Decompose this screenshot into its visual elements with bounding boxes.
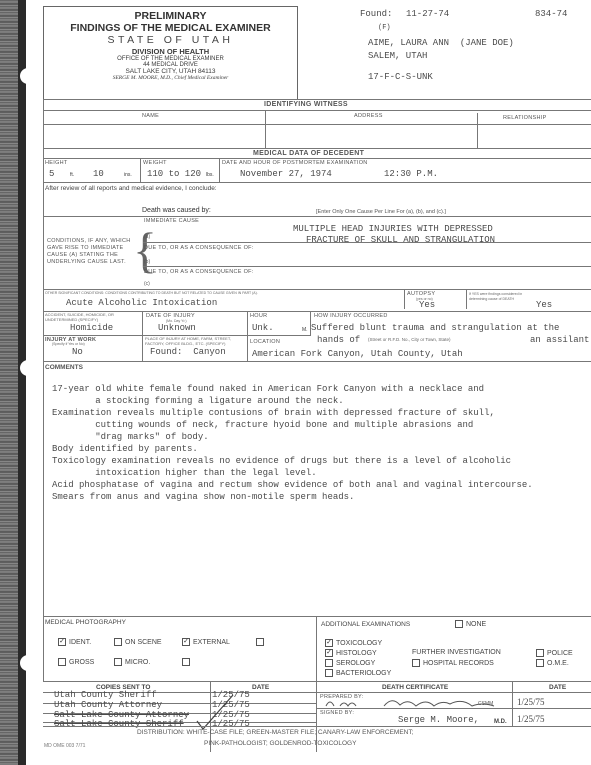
binding-edge [18,0,26,765]
medical-data-title: MEDICAL DATA OF DECEDENT [253,150,364,157]
location-value: American Fork Canyon, Utah County, Utah [252,349,463,359]
document-header: PRELIMINARY FINDINGS OF THE MEDICAL EXAM… [43,6,298,99]
immediate-cause-line1: MULTIPLE HEAD INJURIES WITH DEPRESSED [293,224,493,234]
comment-line: 17-year old white female found naked in … [52,384,484,394]
at-work-sub: (Specify if Yes or No) [52,342,85,346]
medical-photography-label: MEDICAL PHOTOGRAPHY [45,619,126,626]
hour-unit: M. [302,327,308,333]
cause-instruction: [Enter Only One Cause Per Line For (a), … [316,209,446,215]
feet-unit: ft. [70,172,74,178]
death-caused-by-label: Death was caused by: [142,207,211,214]
distribution-line1: DISTRIBUTION: WHITE-CASE FILE; GREEN-MAS… [137,729,413,736]
other-conditions-label: OTHER SIGNIFICANT CONDITIONS: Conditions… [45,291,258,295]
postmortem-time: 12:30 P.M. [384,169,438,179]
photo-external-checkbox[interactable]: ✓EXTERNAL [182,638,230,646]
signed-suffix: M.D. [494,719,507,725]
found-label: Found: [360,9,392,19]
how-injury-label: HOW INJURY OCCURRED [314,313,388,319]
exam-bacteriology-checkbox[interactable]: BACTERIOLOGY [325,669,391,677]
chief-examiner: SERGE M. MOORE, M.D., Chief Medical Exam… [44,75,297,81]
findings-label: If YES were findings considered in deter… [469,292,529,301]
form-number: MD OME 003 7/71 [44,743,85,749]
signed-date: 1/25/75 [517,714,545,724]
due-to-label-c: DUE TO, OR AS A CONSEQUENCE OF: [144,269,254,275]
weight-label: WEIGHT [143,160,167,166]
decedent-code: 17-F-C-S-UNK [368,72,433,82]
photo-gross-checkbox[interactable]: GROSS [58,658,94,666]
hour-label: HOUR [250,313,267,319]
how-injury-line2b: an assilant [530,335,589,345]
punch-hole [20,655,36,671]
further-investigation-label: FURTHER INVESTIGATION [412,649,501,656]
signed-by-label: SIGNED BY: [320,710,354,716]
copy-recipient: Utah County Sheriff [54,690,157,700]
how-injury-line2a: hands of [317,335,360,345]
comment-line: intoxication higher than the legal level… [52,468,317,478]
prepared-date: 1/25/75 [517,697,545,707]
witness-address-header: ADDRESS [354,113,383,119]
photo-micro-checkbox[interactable]: MICRO. [114,658,150,666]
at-work-value: No [72,347,83,357]
line-b-label: (b) [144,259,150,265]
decedent-name: AIME, LAURA ANN (JANE DOE) [368,38,514,48]
comment-line: cutting wounds of neck, fracture hyoid b… [52,420,473,430]
distribution-line2: PINK-PATHOLOGIST; GOLDENROD-TOXICOLOGY [204,740,356,747]
height-label: HEIGHT [45,160,68,166]
prepared-initials: CSMM [478,701,493,707]
identifying-witness-title: IDENTIFYING WITNESS [264,101,348,108]
comment-line: Body identified by parents. [52,444,198,454]
comment-line: Examination reveals multiple contusions … [52,408,495,418]
line-c-label: (c) [144,281,150,287]
place-value: Found: Canyon [150,347,226,357]
office-city: SALT LAKE CITY, UTAH 84113 [44,68,297,75]
preliminary-label: PRELIMINARY [44,10,297,22]
hospital-records-checkbox[interactable]: HOSPITAL RECORDS [412,659,494,667]
date-of-injury-value: Unknown [158,323,196,333]
other-conditions-value: Acute Alcoholic Intoxication [66,298,217,308]
photo-blank-checkbox[interactable] [256,638,267,646]
ome-checkbox[interactable]: O.M.E. [536,659,569,667]
exam-toxicology-checkbox[interactable]: ✓TOXICOLOGY [325,639,382,647]
case-number: 834-74 [535,9,567,19]
weight-unit: lbs. [206,172,214,178]
manner-value: Homicide [70,323,113,333]
stamp-mark: (F) [378,24,391,32]
postmortem-label: DATE AND HOUR OF POSTMORTEM EXAMINATION [222,160,368,166]
due-to-label-b: DUE TO, OR AS A CONSEQUENCE OF: [144,245,254,251]
how-injury-line1: Suffered blunt trauma and strangulation … [311,323,559,333]
weight-value: 110 to 120 [147,169,201,179]
manner-label: ACCIDENT, SUICIDE, HOMICIDE, OR UNDETERM… [45,313,140,322]
punch-hole [20,360,36,376]
copies-date-header: DATE [252,684,269,691]
autopsy-value: Yes [419,300,435,310]
exam-histology-checkbox[interactable]: ✓HISTOLOGY [325,649,377,657]
punch-hole [20,68,36,84]
comments-label: COMMENTS [45,364,83,371]
decedent-residence: SALEM, UTAH [368,51,427,61]
location-sub: (Street or R.F.D. No., City or Town, Sta… [368,337,450,342]
location-label: LOCATION [250,339,280,345]
witness-name-header: NAME [142,113,159,119]
comment-line: Toxicology examination reveals no eviden… [52,456,511,466]
comment-line: Smears from anus and vagina show non-mot… [52,492,354,502]
height-inches: 10 [93,169,104,179]
copy-recipient: Utah County Attorney [54,700,162,710]
photo-blank2-checkbox[interactable] [182,658,193,666]
hour-value: Unk. [252,323,274,333]
photo-ident-checkbox[interactable]: ✓IDENT. [58,638,91,646]
copy-recipient: Salt Lake County Sheriff [54,719,184,729]
document-title: FINDINGS OF THE MEDICAL EXAMINER [44,22,297,34]
comment-line: "drag marks" of body. [52,432,209,442]
witness-relationship-header: RELATIONSHIP [503,115,547,121]
findings-value: Yes [536,300,552,310]
height-feet: 5 [49,169,54,179]
place-label: PLACE OF INJURY At Home, Farm, Street, F… [145,337,245,346]
state-label: STATE OF UTAH [44,34,297,46]
police-checkbox[interactable]: POLICE [536,649,573,657]
found-date: 11-27-74 [406,9,449,19]
immediate-cause-line2: FRACTURE OF SKULL AND STRANGULATION [306,235,495,245]
division-label: DIVISION OF HEALTH [44,47,297,56]
line-a-label: (a) [144,234,150,240]
additional-exams-label: ADDITIONAL EXAMINATIONS [321,621,410,628]
comment-line: Acid phosphatase of vagina and rectum sh… [52,480,533,490]
death-certificate-header: DEATH CERTIFICATE [382,684,448,691]
exam-none-checkbox[interactable]: NONE [455,620,486,628]
exam-serology-checkbox[interactable]: SEROLOGY [325,659,375,667]
signed-name: Serge M. Moore, [398,715,479,725]
inches-unit: ins. [124,172,132,178]
death-certificate-date-header: DATE [549,684,566,691]
comment-line: a stocking forming a ligature around the… [52,396,344,406]
conditions-label: CONDITIONS, IF ANY, WHICH GAVE RISE TO I… [47,238,132,266]
postmortem-date: November 27, 1974 [240,169,332,179]
review-statement: After review of all reports and medical … [45,185,217,192]
photo-on-scene-checkbox[interactable]: ON SCENE [114,638,162,646]
